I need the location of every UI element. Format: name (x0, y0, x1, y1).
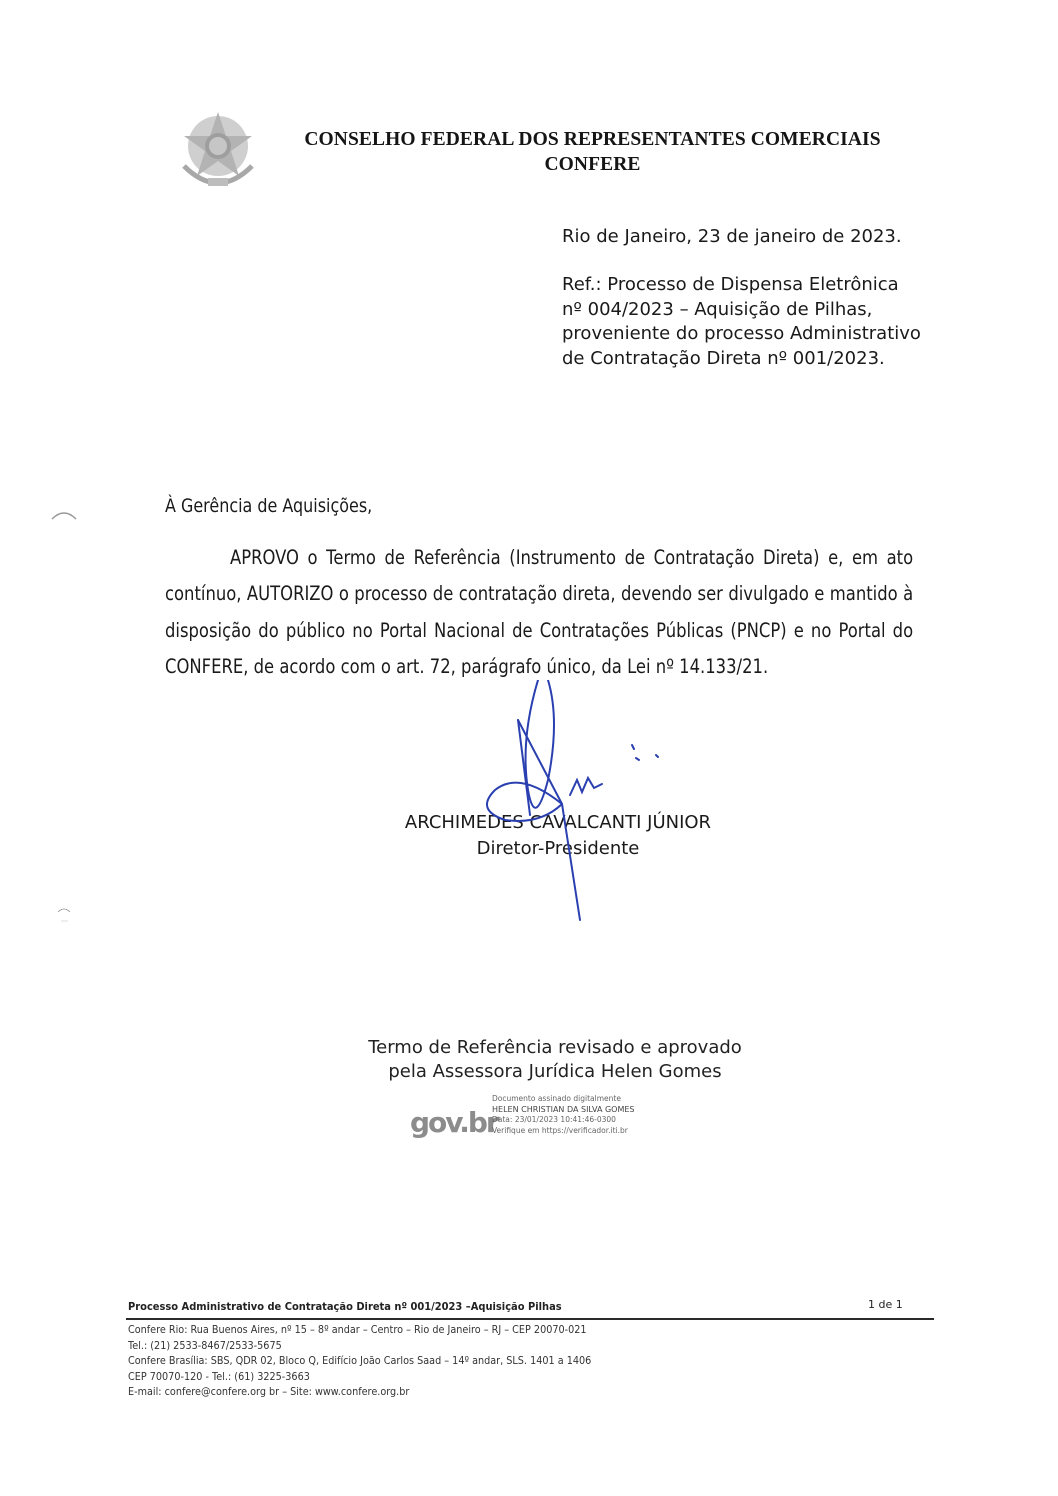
reference-line: nº 004/2023 – Aquisição de Pilhas, (562, 298, 942, 323)
footer-line: E-mail: confere@confere.org br – Site: w… (128, 1385, 591, 1401)
reference-line: proveniente do processo Administrativo (562, 322, 942, 347)
punch-hole-mark (48, 505, 80, 525)
handwritten-signature (370, 680, 690, 940)
stamp-verify-link[interactable]: Verifique em https://verificador.iti.br (492, 1126, 635, 1137)
body-paragraph: APROVO o Termo de Referência (Instrument… (165, 540, 913, 685)
letterhead: CONSELHO FEDERAL DOS REPRESENTANTES COME… (290, 127, 895, 177)
stamp-date: Data: 23/01/2023 10:41:46-0300 (492, 1115, 635, 1126)
footer-line: CEP 70070-120 - Tel.: (61) 3225-3663 (128, 1370, 591, 1386)
salutation: À Gerência de Aquisições, (165, 495, 372, 517)
approval-note-line: pela Assessora Jurídica Helen Gomes (340, 1060, 770, 1084)
footer-line: Tel.: (21) 2533-8467/2533-5675 (128, 1339, 591, 1355)
approval-note: Termo de Referência revisado e aprovado … (340, 1036, 770, 1084)
reference-line: de Contratação Direta nº 001/2023. (562, 347, 942, 372)
reference-line: Ref.: Processo de Dispensa Eletrônica (562, 273, 942, 298)
punch-hole-mark (48, 905, 80, 925)
page-number: 1 de 1 (868, 1298, 903, 1311)
organization-name: CONSELHO FEDERAL DOS REPRESENTANTES COME… (290, 127, 895, 152)
footer-divider (126, 1318, 934, 1320)
govbr-logo: gov.br (410, 1106, 498, 1139)
footer-address: Confere Rio: Rua Buenos Aires, nº 15 – 8… (128, 1323, 591, 1401)
footer-line: Confere Brasília: SBS, QDR 02, Bloco Q, … (128, 1354, 591, 1370)
signer-role: Diretor-Presidente (370, 838, 746, 859)
approval-note-line: Termo de Referência revisado e aprovado (340, 1036, 770, 1060)
stamp-signer: HELEN CHRISTIAN DA SILVA GOMES (492, 1105, 635, 1116)
stamp-caption: Documento assinado digitalmente (492, 1094, 635, 1105)
reference-block: Ref.: Processo de Dispensa Eletrônica nº… (562, 273, 942, 371)
date-line: Rio de Janeiro, 23 de janeiro de 2023. (562, 226, 902, 247)
footer-title: Processo Administrativo de Contratação D… (128, 1300, 562, 1313)
brazil-coat-of-arms-icon (172, 104, 264, 196)
organization-acronym: CONFERE (290, 152, 895, 177)
signer-name: ARCHIMEDES CAVALCANTI JÚNIOR (370, 812, 746, 833)
digital-signature-stamp: Documento assinado digitalmente HELEN CH… (492, 1094, 635, 1136)
footer-line: Confere Rio: Rua Buenos Aires, nº 15 – 8… (128, 1323, 591, 1339)
